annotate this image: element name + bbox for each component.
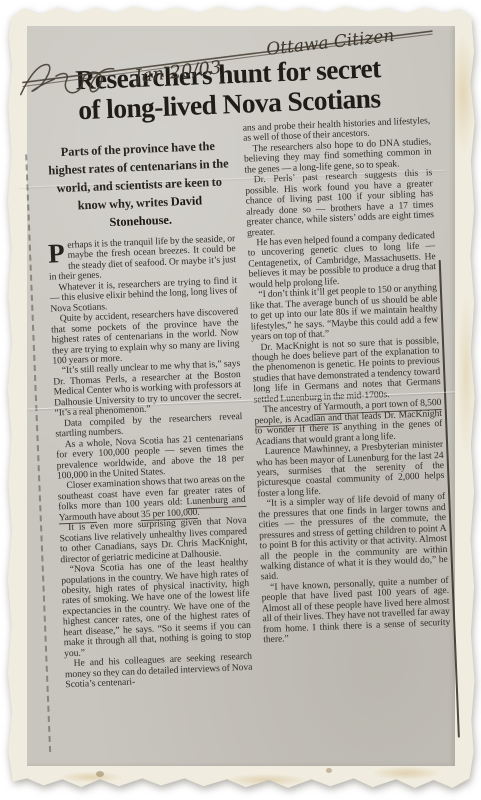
handwritten-source: Ottawa Citizen — [265, 26, 395, 60]
article-paragraph: “It’s still really unclear to me why tha… — [53, 359, 242, 419]
left-column-paragraphs: Perhaps it is the tranquil life by the s… — [48, 234, 253, 691]
handwritten-date: Jan 20/03 — [130, 57, 223, 88]
stain-blob — [454, 264, 478, 484]
right-column-paragraphs: ans and probe their health histories and… — [243, 116, 451, 646]
handwritten-text-group: Jan 20/03 Ottawa Citizen — [128, 26, 397, 88]
stain-blob — [206, 771, 326, 789]
article-paragraph: “It is a simpler way of life devoid of m… — [258, 492, 449, 583]
article-paragraph: Quite by accident, researchers have disc… — [51, 307, 240, 367]
article-paragraph: Laurence Mawhinney, a Presbyterian minis… — [256, 440, 445, 500]
article-paragraph: “Nova Scotia has one of the least health… — [61, 558, 252, 660]
stain-blob — [326, 768, 332, 773]
stain-blob — [356, 763, 456, 783]
scrapbook-page: Jan 20/03 Ottawa Citizen Researchers hun… — [6, 4, 476, 791]
article-columns: Parts of the province have the highest r… — [16, 111, 466, 692]
scrapbook-page-shadow: Jan 20/03 Ottawa Citizen Researchers hun… — [0, 0, 481, 800]
printed-article: Jan 20/03 Ottawa Citizen Researchers hun… — [12, 18, 469, 775]
article-paragraph: He and his colleagues are seeking resear… — [64, 652, 253, 691]
newsprint-clipping: Jan 20/03 Ottawa Citizen Researchers hun… — [27, 26, 455, 766]
scanned-newspaper-clipping: Jan 20/03 Ottawa Citizen Researchers hun… — [0, 0, 481, 800]
article-paragraph: “I don’t think it’ll get people to 150 o… — [249, 283, 438, 343]
article-paragraph: “I have known, personally, quite a numbe… — [261, 576, 451, 646]
article-paragraph: Dr. Perls’ past research suggests this i… — [245, 168, 435, 238]
signature-scribble-icon — [20, 62, 115, 95]
drop-cap: P — [48, 241, 68, 265]
article-paragraph: He has even helped found a company dedic… — [247, 231, 436, 291]
